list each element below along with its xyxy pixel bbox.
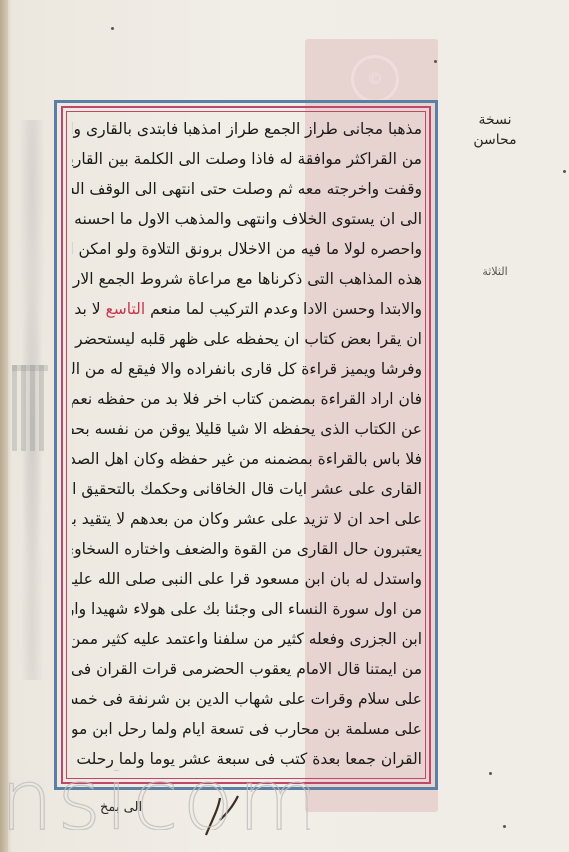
- text-line-8: ان يقرا بعض كتاب ان يحفظه على ظهر قلبه ل…: [72, 324, 422, 354]
- text-line-17: من اول سورة النساء الى وجئنا بك على هولا…: [72, 594, 422, 624]
- ink-speck: [111, 27, 114, 30]
- text-line-21: على مسلمة بن محارب فى تسعة ايام ولما رحل…: [72, 714, 422, 744]
- text-line-3: وقفت واخرجته معه ثم وصلت حتى انتهى الى ا…: [72, 174, 422, 204]
- text-line-11: عن الكتاب الذى يحفظه الا شيا قليلا يوقن …: [72, 414, 422, 444]
- text-line-4: الى ان يستوى الخلاف وانتهى والمذهب الاول…: [72, 204, 422, 234]
- text-line-16: واستدل له بان ابن مسعود قرا على النبى صل…: [72, 564, 422, 594]
- manuscript-page: © مذهبا مجانى طراز الجمع طراز امذهبا فاب…: [0, 0, 569, 852]
- text-line-15: يعتبرون حال القارى من القوة والضعف واختا…: [72, 534, 422, 564]
- text-line-13: القارى على عشر ايات قال الخاقانى وحكمك ب…: [72, 474, 422, 504]
- text-line-18: ابن الجزرى وفعله كثير من سلفنا واعتمد عل…: [72, 624, 422, 654]
- text-line-7-end: لا بد لكل من اراد: [72, 300, 101, 318]
- ink-speck: [489, 772, 492, 775]
- text-line-10: فان اراد القراءة بمضمن كتاب اخر فلا بد م…: [72, 384, 422, 414]
- ink-speck: [563, 170, 566, 173]
- text-line-9: وفرشا ويميز قراءة كل قارى بانفراده والا …: [72, 354, 422, 384]
- text-line-1: مذهبا مجانى طراز الجمع طراز امذهبا فابتد…: [72, 114, 422, 144]
- copyright-watermark-icon: ©: [351, 55, 399, 103]
- margin-note-top-right: نسخة محاسن: [460, 110, 530, 150]
- rubric-heading: التاسع: [106, 300, 146, 318]
- ink-speck: [503, 825, 506, 828]
- text-line-7-start: والابتدا وحسن الادا وعدم التركيب لما منع…: [150, 300, 422, 318]
- main-text-block: مذهبا مجانى طراز الجمع طراز امذهبا فابتد…: [72, 114, 422, 774]
- text-line-6: هذه المذاهب التى ذكرناها مع مراعاة شروط …: [72, 264, 422, 294]
- text-line-2: من القراكثر موافقة له فاذا وصلت الى الكل…: [72, 144, 422, 174]
- text-line-19: من ايمتنا قال الامام يعقوب الحضرمى قرات …: [72, 654, 422, 684]
- binding-edge: [0, 0, 8, 852]
- text-line-20: على سلام وقرات على شهاب الدين بن شرنفة ف…: [72, 684, 422, 714]
- text-line-5: واحصره لولا ما فيه من الاخلال برونق التل…: [72, 234, 422, 264]
- watermark-text: nsicom: [0, 770, 310, 830]
- text-line-12: فلا باس بالقراءة بمضمنه من غير حفظه وكان…: [72, 444, 422, 474]
- text-line-7-with-rubric: والابتدا وحسن الادا وعدم التركيب لما منع…: [72, 294, 422, 324]
- margin-note-line-2: محاسن: [460, 130, 530, 150]
- text-line-14: على احد ان لا تزيد على عشر وكان من بعدهم…: [72, 504, 422, 534]
- margin-note-middle-right: الثلاثة: [470, 265, 520, 278]
- bleed-through-building-ghost: [12, 365, 48, 451]
- ink-speck: [434, 60, 437, 63]
- margin-note-line-1: نسخة: [460, 110, 530, 130]
